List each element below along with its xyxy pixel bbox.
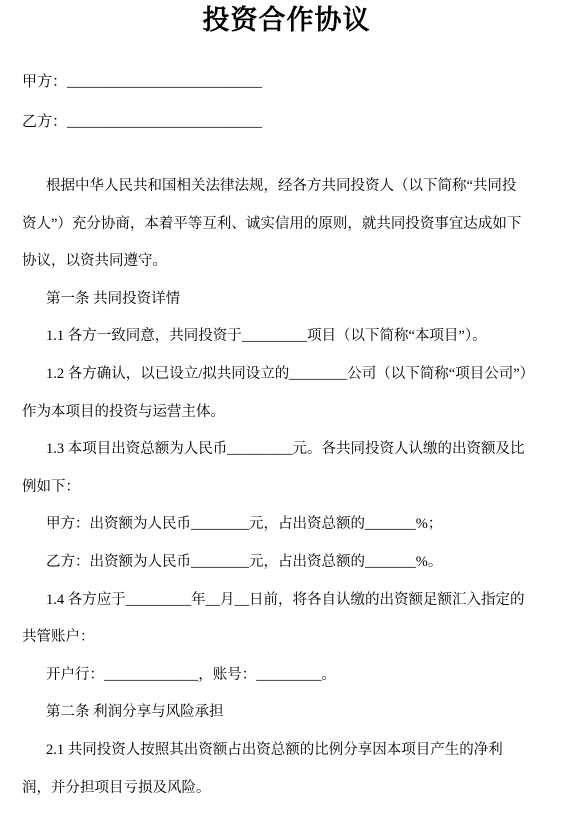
party-b-label: 乙方： [22, 114, 67, 130]
party-a-blank-line: __________________________ [67, 74, 262, 90]
clause-1-1-line: 1.1 各方一致同意，共同投资于_________项目（以下简称“本项目”）。 [22, 318, 551, 356]
party-a-label: 甲方： [22, 74, 67, 90]
preamble-line-2: 资人”）充分协商，本着平等互利、诚实信用的原则，就共同投资事宜达成如下 [22, 206, 551, 244]
clause-1-3-line-2: 例如下： [22, 469, 551, 507]
party-a-row: 甲方：__________________________ [22, 62, 551, 102]
clause-1-4-line-1: 1.4 各方应于_________年__月__日前，将各自认缴的出资额足额汇入指… [22, 582, 551, 620]
section-two-heading: 第二条 利润分享与风险承担 [22, 694, 551, 732]
section-one-heading: 第一条 共同投资详情 [22, 281, 551, 319]
document-body: 根据中华人民共和国相关法律法规，经各方共同投资人（以下简称“共同投 资人”）充分… [22, 168, 551, 807]
clause-1-3-line-1: 1.3 本项目出资总额为人民币_________元。各共同投资人认缴的出资额及比 [22, 431, 551, 469]
clause-2-1-line-1: 2.1 共同投资人按照其出资额占出资总额的比例分享因本项目产生的净利 [22, 732, 551, 770]
document-page: 投资合作协议 甲方：__________________________ 乙方：… [0, 0, 573, 816]
clause-1-2-line-1: 1.2 各方确认，以已设立/拟共同设立的________公司（以下简称“项目公司… [22, 356, 551, 394]
preamble-line-1: 根据中华人民共和国相关法律法规，经各方共同投资人（以下简称“共同投 [22, 168, 551, 206]
party-b-row: 乙方：__________________________ [22, 102, 551, 142]
clause-2-1-line-2: 润，并分担项目亏损及风险。 [22, 770, 551, 808]
preamble-line-3: 协议，以资共同遵守。 [22, 243, 551, 281]
clause-1-4-line-2: 共管账户： [22, 619, 551, 657]
party-b-contribution-line: 乙方：出资额为人民币________元，占出资总额的_______%。 [22, 544, 551, 582]
party-fields: 甲方：__________________________ 乙方：_______… [22, 62, 551, 142]
document-title: 投资合作协议 [0, 0, 573, 35]
party-a-contribution-line: 甲方：出资额为人民币________元，占出资总额的_______%； [22, 506, 551, 544]
bank-account-line: 开户行：_____________，账号：_________。 [22, 657, 551, 695]
clause-1-2-line-2: 作为本项目的投资与运营主体。 [22, 394, 551, 432]
party-b-blank-line: __________________________ [67, 114, 262, 130]
